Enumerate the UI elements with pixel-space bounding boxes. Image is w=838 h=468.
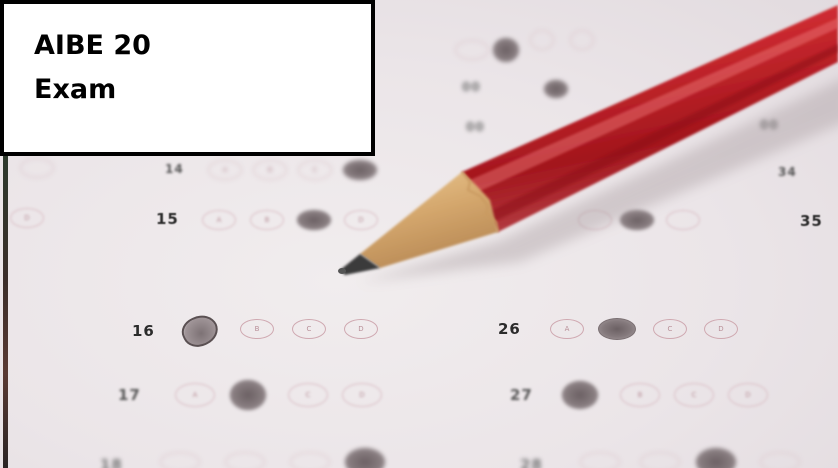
title-overlay-box: AIBE 20 Exam [0,0,375,156]
title-line-2: Exam [34,68,151,112]
title-text: AIBE 20 Exam [34,24,151,112]
title-line-1: AIBE 20 [34,24,151,68]
